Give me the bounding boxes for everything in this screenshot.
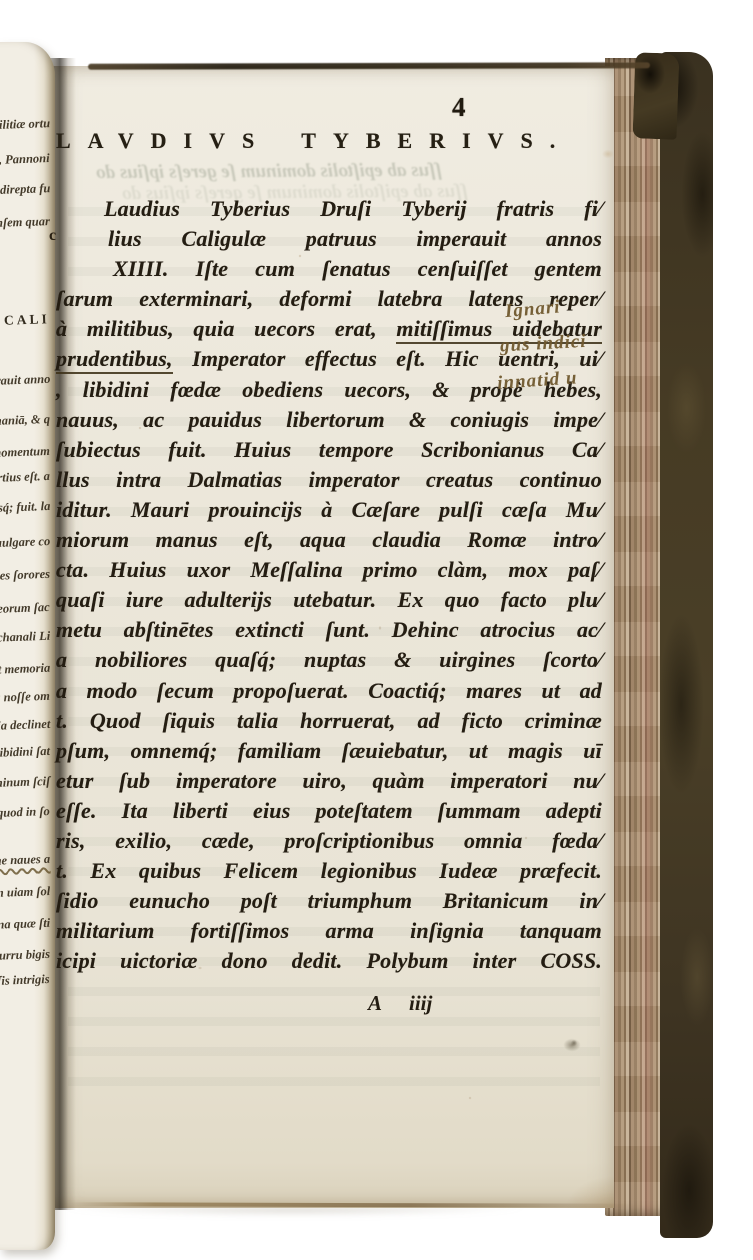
left-page-text-fragment: bacchanali Li: [0, 629, 50, 645]
left-page-text-fragment: ſſis intrigis: [0, 972, 50, 988]
left-page-text-fragment: gnomentum: [0, 444, 50, 460]
body-line: eſſe. Ita liberti eius poteſtatem ſummam…: [56, 796, 602, 826]
left-page-text-fragment: minum ſciſ: [0, 774, 50, 790]
body-line: iditur. Mauri prouincijs à Cæſare pulſi …: [56, 495, 602, 525]
left-page-text-fragment: deorum ſac: [0, 600, 50, 616]
left-page-text-fragment: usq́; fuit. la: [0, 499, 50, 515]
left-page-text-fragment: ibus noſſe om: [0, 689, 50, 705]
signature-numeral: iiij: [409, 991, 432, 1016]
book-shadow: [58, 1207, 648, 1219]
left-page-text-fragment: g tres ſorores: [0, 567, 50, 583]
left-page-text-fragment: æ libidini ſat: [0, 744, 50, 760]
body-line: XIIII. Iſte cum ſenatus cenſuiſſet gente…: [56, 254, 602, 284]
page-number: 4: [452, 92, 466, 123]
body-line: metu abſtinētes extincti ſunt. Dehinc at…: [56, 615, 602, 645]
dropcap-guide-letter: c: [49, 227, 56, 245]
body-line: icipi uictoriæ dono dedit. Polybum inter…: [56, 946, 602, 976]
body-line: cta. Huius uxor Meſſalina primo clàm, mo…: [56, 555, 602, 585]
margin-note-handwritten: Ignarigus indiciinnatid u: [494, 283, 638, 402]
body-line: quaſi iure adulterijs utebatur. Ex quo f…: [56, 585, 602, 615]
body-line: pſum, omnemq́; familiam ſæuiebatur, ut m…: [56, 736, 602, 766]
body-line: militarium fortiſſimos arma inſignia tan…: [56, 916, 602, 946]
left-page-text-fragment: ilitiæ ortu: [0, 116, 50, 132]
signature-letter: A: [368, 991, 382, 1016]
left-page-edge: ilitiæ ortus, Pannonidirepta funſem quar…: [0, 42, 55, 1250]
body-line: ris, exilio, cæde, proſcriptionibus omni…: [56, 826, 602, 856]
body-line: a modo ſecum propoſuerat. Coactiq́; mare…: [56, 676, 602, 706]
left-page-text-fragment: maniā, & q: [0, 412, 50, 428]
body-line: t. Quod ſiquis talia horruerat, ad ficto…: [56, 706, 602, 736]
book-photo: 4 LAVDIVS TYBERIVS. ſſus ab epiſtolis do…: [0, 0, 753, 1260]
body-line: nauus, ac pauidus libertorum & coniugis …: [56, 405, 602, 435]
left-page-text-fragment: o curru bigis: [0, 947, 50, 963]
body-line: lius Caligulæ patruus imperauit annos: [56, 224, 602, 254]
body-line: ſubiectus fuit. Huius tempore Scribonian…: [56, 435, 602, 465]
left-page-text-fragment: CALI: [4, 312, 50, 328]
left-page-text-fragment: perauit anno: [0, 372, 50, 388]
left-page-text-fragment: m uiam ſol: [0, 884, 50, 900]
body-line: Laudius Tyberius Druſi Tyberij fratris f…: [56, 194, 602, 224]
cover-board: [660, 52, 713, 1238]
signature-mark: A iiij: [368, 991, 432, 1016]
margin-note-lines: Ignarigus indiciinnatid u: [494, 283, 638, 402]
body-line: etur ſub imperatore uiro, quàm imperator…: [56, 766, 602, 796]
left-page-text-fragment: s, Pannoni: [0, 151, 50, 167]
left-page-text-fragment: uerit memoria: [0, 661, 50, 678]
left-page-text-fragment: nſem quar: [0, 214, 50, 230]
body-line: a nobiliores quaſq́; nuptas & uirgines ſ…: [56, 645, 602, 675]
left-page-text-fragment: direpta fu: [0, 181, 50, 197]
body-line: miorum manus eſt, aqua claudia Romæ intr…: [56, 525, 602, 555]
left-page-text-fragment: rdine naues a: [0, 852, 50, 868]
ink-underlined-passage: prudentibus,: [56, 346, 173, 374]
left-page-text-fragment: uulgare co: [0, 534, 50, 550]
left-page-text-fragment: ſortius eſt. a: [0, 469, 50, 485]
left-page-text-fragment: talia declinet: [0, 717, 50, 733]
left-page-text-fragment: quod in ſo: [0, 804, 50, 820]
body-line: llus intra Dalmatias imperator creatus c…: [56, 465, 602, 495]
left-page-text-fragment: arona quæ ſti: [0, 916, 50, 932]
body-line: t. Ex quibus Felicem legionibus Iudeæ pr…: [56, 856, 602, 886]
running-title: LAVDIVS TYBERIVS.: [56, 128, 608, 154]
body-line: ſidio eunucho poſt triumphum Britanicum …: [56, 886, 602, 916]
